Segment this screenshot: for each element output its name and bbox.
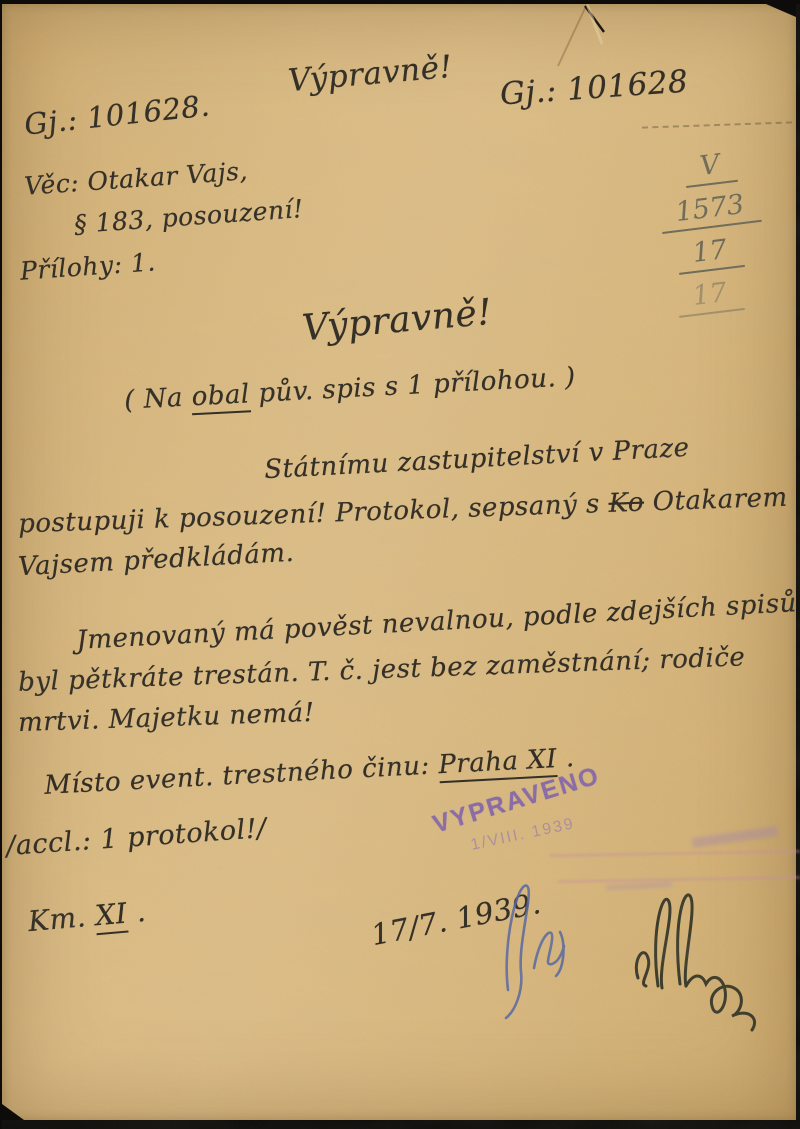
faint-pink-line bbox=[550, 850, 800, 857]
faint-dashed-underline bbox=[642, 121, 792, 128]
faint-stamp-smudge bbox=[692, 826, 779, 848]
paragraph2-line3: mrtvi. Majetku nemá! bbox=[18, 698, 315, 738]
scan-corner-top-right bbox=[766, 4, 796, 17]
paragraph1-line2-pre: postupuji k posouzení! Protokol, sepsaný… bbox=[18, 489, 609, 540]
enclosure-note-line: /accl.: 1 protokol!/ bbox=[5, 813, 267, 862]
commissariat-mark: Km. XI . bbox=[27, 895, 148, 938]
cover-note-underlined: obal bbox=[191, 379, 251, 415]
commissariat-pre: Km. bbox=[27, 899, 97, 938]
cover-note-line: ( Na obal pův. spis s 1 přílohou. ) bbox=[124, 362, 577, 416]
registry-number-stack: V 1573 17 17 bbox=[630, 150, 790, 322]
dispatch-note-top: Výpravně! bbox=[287, 49, 454, 99]
struck-word: Ko bbox=[608, 488, 644, 519]
faint-purple-line bbox=[606, 882, 672, 889]
scan-corner-bottom-left bbox=[2, 1104, 24, 1120]
commissariat-post: . bbox=[126, 895, 148, 930]
file-number-top-right: Gj.: 101628 bbox=[499, 63, 689, 112]
crime-place-pre: Místo event. trestného činu: bbox=[44, 750, 440, 801]
date-line: 17/7. 1939. bbox=[368, 886, 543, 952]
signature-scrawl bbox=[628, 882, 798, 1032]
letter-heading: Výpravně! bbox=[301, 292, 494, 349]
scanned-document-page: { "page": { "header": { "dispatch_note_t… bbox=[0, 0, 800, 1129]
cover-note-pre: ( Na bbox=[124, 382, 193, 415]
enclosures-line: Přílohy: 1. bbox=[19, 247, 156, 285]
cover-note-post: pův. spis s 1 přílohou. ) bbox=[249, 362, 576, 409]
subject-line: Věc: Otakar Vajs, bbox=[23, 156, 248, 201]
paragraph1-line2-post: Otakarem bbox=[643, 483, 788, 518]
subject-detail-line: § 183, posouzení! bbox=[73, 194, 304, 239]
faint-pink-line bbox=[558, 876, 800, 883]
paragraph1-line1: Státnímu zastupitelství v Praze bbox=[264, 433, 691, 485]
paragraph1-line3: Vajsem předkládám. bbox=[17, 538, 295, 582]
paper-sheet: Výpravně! Gj.: 101628 Gj.: 101628. Věc: … bbox=[2, 4, 796, 1120]
commissariat-underlined: XI bbox=[94, 897, 129, 936]
paragraph1-line2: postupuji k posouzení! Protokol, sepsaný… bbox=[18, 483, 788, 540]
file-number-left: Gj.: 101628. bbox=[23, 88, 212, 141]
